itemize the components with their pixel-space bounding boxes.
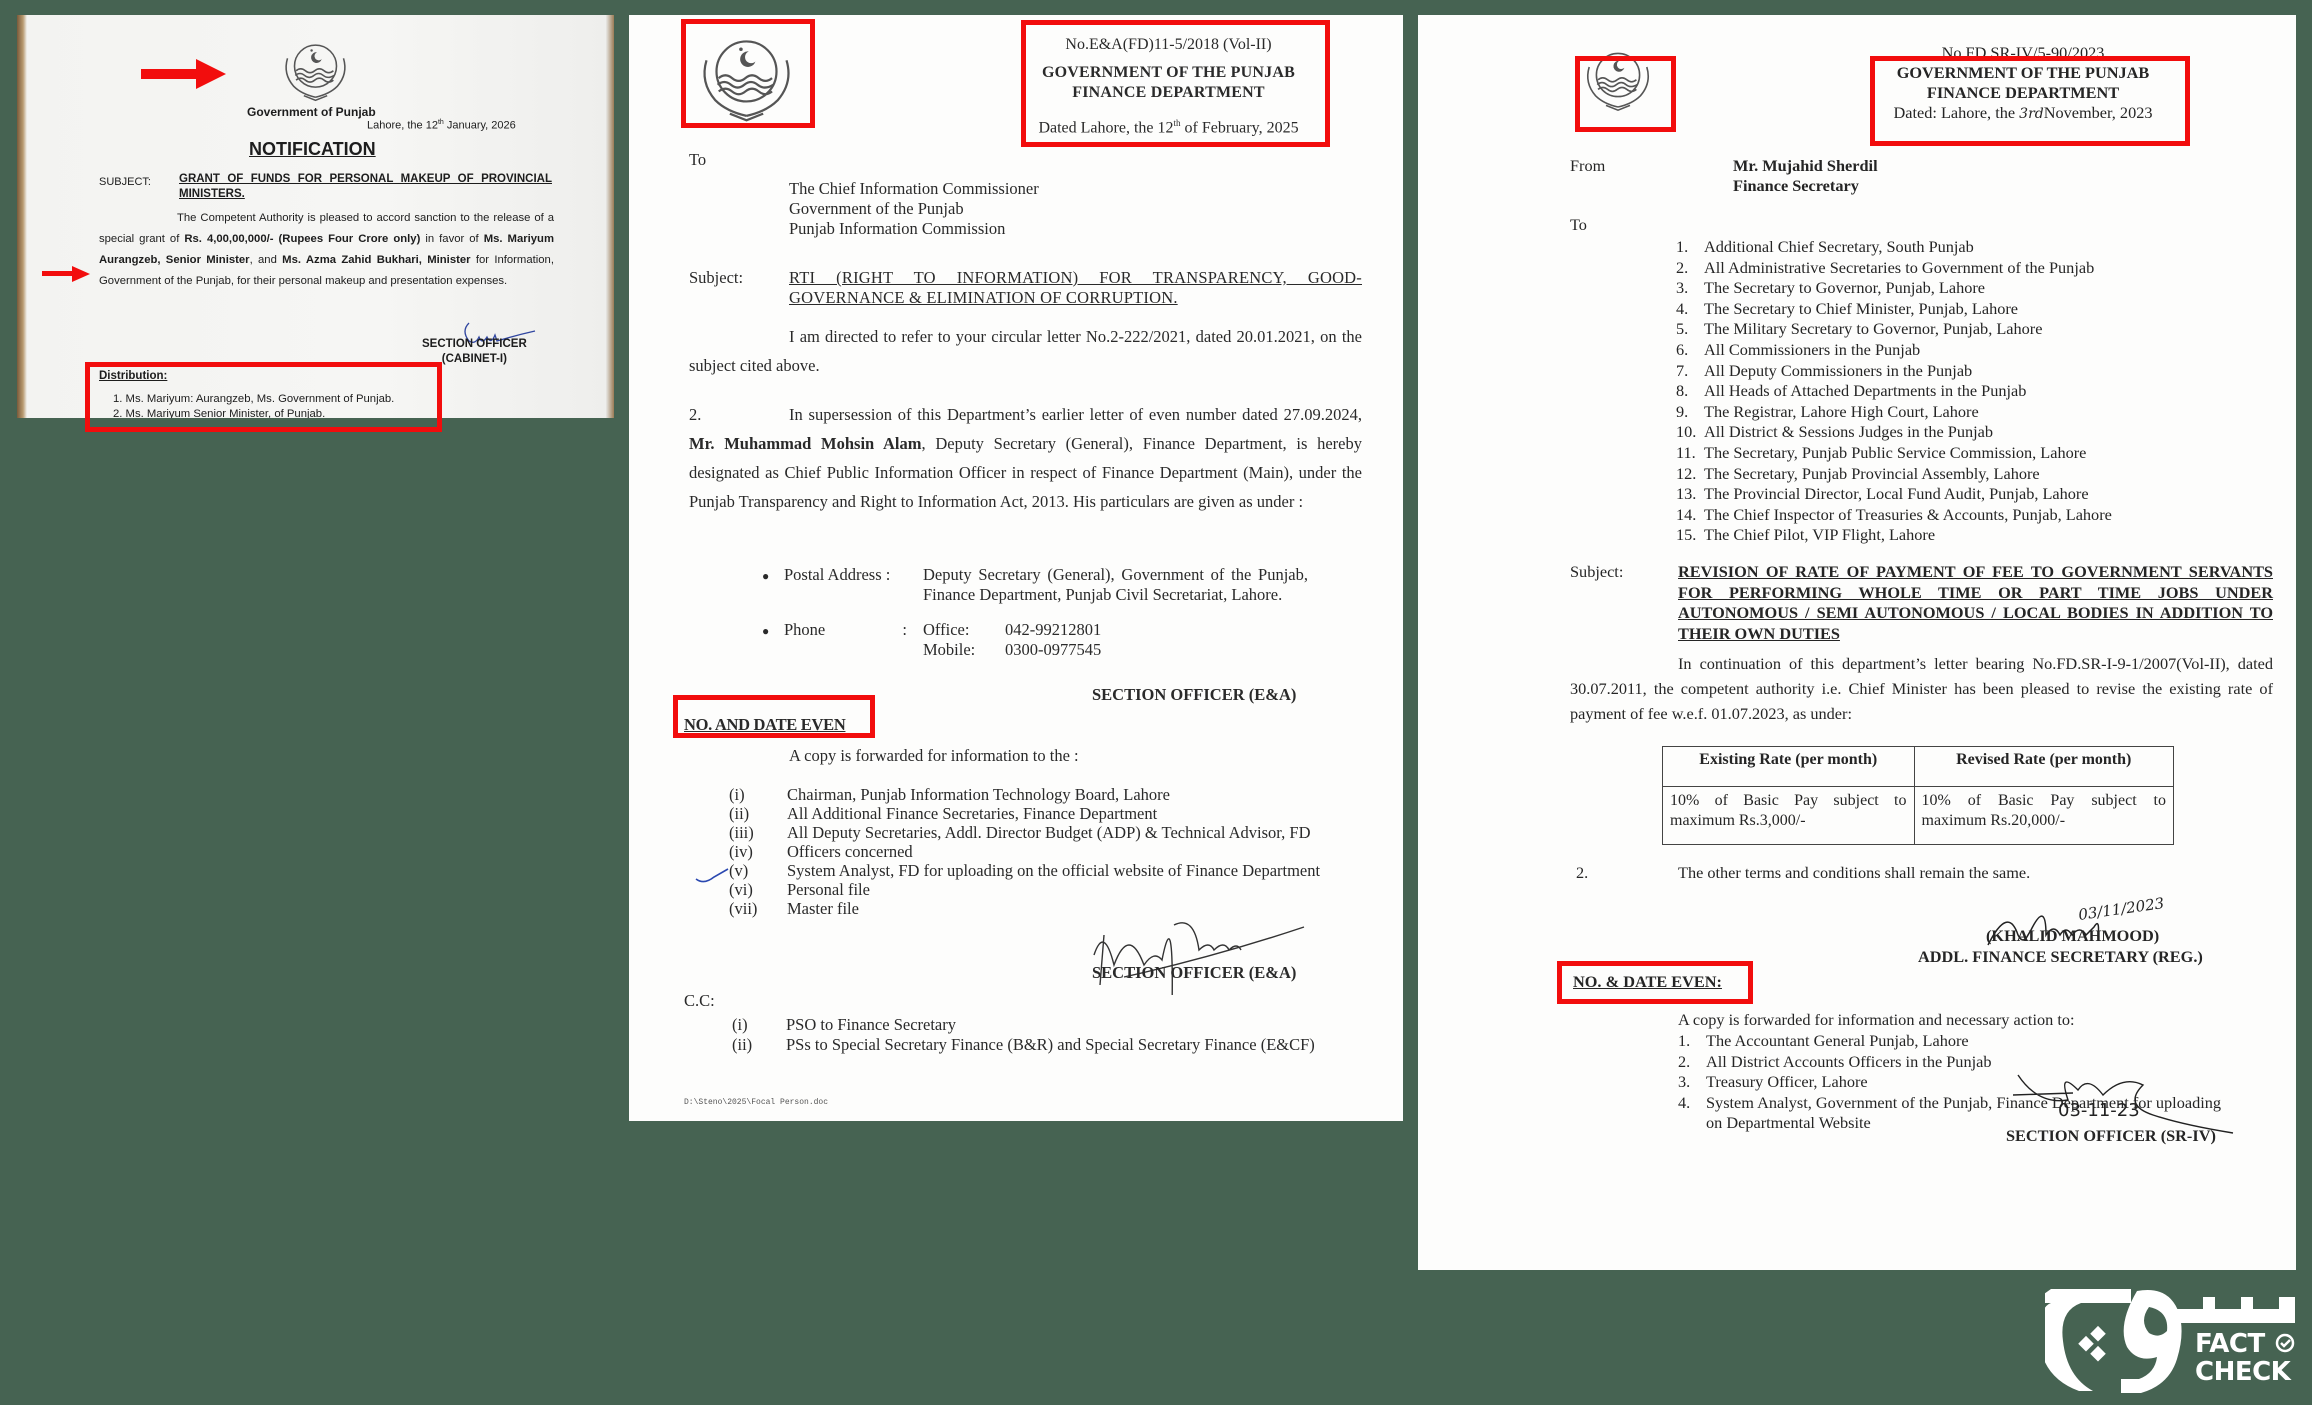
list-item: 5.The Military Secretary to Governor, Pu… — [1676, 319, 2112, 340]
paragraph-1: I am directed to refer to your circular … — [689, 322, 1362, 380]
list-item: (iii)All Deputy Secretaries, Addl. Direc… — [729, 823, 1320, 842]
list-item: 11.The Secretary, Punjab Public Service … — [1676, 443, 2112, 464]
doc1-subject: GRANT OF FUNDS FOR PERSONAL MAKEUP OF PR… — [179, 172, 552, 202]
tick-mark-icon — [694, 865, 734, 885]
highlight-emblem — [1575, 56, 1676, 132]
highlight-emblem — [681, 19, 815, 128]
subject: RTI (RIGHT TO INFORMATION) FOR TRANSPARE… — [789, 268, 1362, 308]
from-sender: Mr. Mujahid SherdilFinance Secretary — [1733, 156, 1878, 196]
list-item: 6.All Commissioners in the Punjab — [1676, 340, 2112, 361]
paragraph-2: 2.In supersession of this Department’s e… — [689, 400, 1362, 516]
list-item: (i)PSO to Finance Secretary — [732, 1015, 1315, 1035]
signatory-top: SECTION OFFICER (E&A) — [1092, 685, 1296, 705]
signatory-title: ADDL. FINANCE SECRETARY (REG.) — [1918, 947, 2203, 967]
paragraph-1: In continuation of this department’s let… — [1570, 651, 2273, 726]
signatory-name: (KHALID MAHMOOD) — [1986, 926, 2159, 946]
red-arrow-icon — [141, 59, 226, 89]
copy-intro: A copy is forwarded for information to t… — [789, 746, 1079, 766]
list-item: 7.All Deputy Commissioners in the Punjab — [1676, 361, 2112, 382]
signature-date: 03-11-23 — [2058, 1100, 2140, 1121]
paragraph-2: The other terms and conditions shall rem… — [1678, 863, 2030, 883]
logo-text-fact: FACT — [2195, 1331, 2265, 1357]
highlight-distribution — [85, 362, 442, 432]
phone-values: Office:042-99212801 Mobile:0300-0977545 — [923, 620, 1101, 660]
copy-intro: A copy is forwarded for information and … — [1678, 1010, 2075, 1030]
logo-text-check: CHECK — [2195, 1359, 2290, 1385]
list-item: (i)Chairman, Punjab Information Technolo… — [729, 785, 1320, 804]
list-item: (ii)All Additional Finance Secretaries, … — [729, 804, 1320, 823]
postal-address-value: Deputy Secretary (General), Government o… — [923, 565, 1308, 605]
doc1-government: Government of Punjab — [247, 105, 376, 119]
list-item: (v)System Analyst, FD for uploading on t… — [729, 861, 1320, 880]
paragraph-2-number: 2. — [1576, 863, 1588, 883]
document-finance-letter-2025: No.E&A(FD)11-5/2018 (Vol-II) GOVERNMENT … — [629, 15, 1403, 1121]
table-row: 10% of Basic Pay subject to maximum Rs.3… — [1663, 787, 2174, 845]
list-item: 4.The Secretary to Chief Minister, Punja… — [1676, 299, 2112, 320]
phone-label: ●Phone: — [762, 620, 921, 640]
highlight-letterhead — [1021, 20, 1330, 147]
to-label: To — [689, 150, 706, 170]
list-item: (ii)PSs to Special Secretary Finance (B&… — [732, 1035, 1315, 1055]
list-item: 9.The Registrar, Lahore High Court, Laho… — [1676, 402, 2112, 423]
list-item: 2.All Administrative Secretaries to Gove… — [1676, 258, 2112, 279]
subject-label: Subject: — [1570, 562, 1623, 582]
doc1-heading: NOTIFICATION — [249, 139, 376, 160]
signatory-title: SECTION OFFICER — [422, 337, 527, 352]
doc1-date: Lahore, the 12th January, 2026 — [367, 119, 516, 132]
highlight-letterhead — [1870, 56, 2190, 146]
subject: REVISION OF RATE OF PAYMENT OF FEE TO GO… — [1678, 562, 2273, 644]
punjab-emblem-icon — [268, 35, 363, 105]
postal-address-label: ●Postal Address : — [762, 565, 921, 585]
document-photo-notification: Government of Punjab Lahore, the 12th Ja… — [17, 15, 614, 418]
rate-table: Existing Rate (per month)Revised Rate (p… — [1662, 746, 2174, 845]
table-header: Existing Rate (per month) — [1663, 747, 1915, 787]
footer-file-path: D:\Steno\2025\Focal Person.doc — [684, 1098, 828, 1107]
list-item: 10.All District & Sessions Judges in the… — [1676, 422, 2112, 443]
addressee: The Chief Information CommissionerGovern… — [789, 179, 1039, 239]
list-item: 1.Additional Chief Secretary, South Punj… — [1676, 237, 2112, 258]
doc1-body: The Competent Authority is pleased to ac… — [99, 208, 554, 292]
list-item: 3.The Secretary to Governor, Punjab, Lah… — [1676, 278, 2112, 299]
to-label: To — [1570, 215, 1587, 235]
signatory-bottom: SECTION OFFICER (E&A) — [1092, 963, 1296, 983]
highlight-no-date-even — [1557, 961, 1753, 1004]
recipient-list: 1.Additional Chief Secretary, South Punj… — [1676, 237, 2112, 546]
cc-label: C.C: — [684, 991, 715, 1011]
from-label: From — [1570, 156, 1605, 176]
cc-list: (i)PSO to Finance Secretary(ii)PSs to Sp… — [732, 1015, 1315, 1055]
list-item: (iv)Officers concerned — [729, 842, 1320, 861]
fact-check-logo: FACT CHECK — [2045, 1283, 2300, 1395]
highlight-no-date-even — [673, 695, 875, 738]
list-item: 15.The Chief Pilot, VIP Flight, Lahore — [1676, 525, 2112, 546]
list-item: 1.The Accountant General Punjab, Lahore — [1678, 1031, 2238, 1052]
section-officer: SECTION OFFICER (SR-IV) — [2006, 1126, 2216, 1146]
subject-label: Subject: — [689, 268, 743, 288]
document-finance-letter-2023: No.FD.SR-IV/5-90/2023 GOVERNMENT OF THE … — [1418, 15, 2296, 1270]
list-item: 14.The Chief Inspector of Treasuries & A… — [1676, 505, 2112, 526]
doc1-subject-label: SUBJECT: — [99, 176, 151, 188]
table-header: Revised Rate (per month) — [1914, 747, 2174, 787]
list-item: 12.The Secretary, Punjab Provincial Asse… — [1676, 464, 2112, 485]
check-circle-icon — [2277, 1335, 2293, 1351]
red-arrow-icon — [42, 266, 90, 282]
list-item: 13.The Provincial Director, Local Fund A… — [1676, 484, 2112, 505]
paper-edge — [606, 15, 614, 418]
list-item: 8.All Heads of Attached Departments in t… — [1676, 381, 2112, 402]
